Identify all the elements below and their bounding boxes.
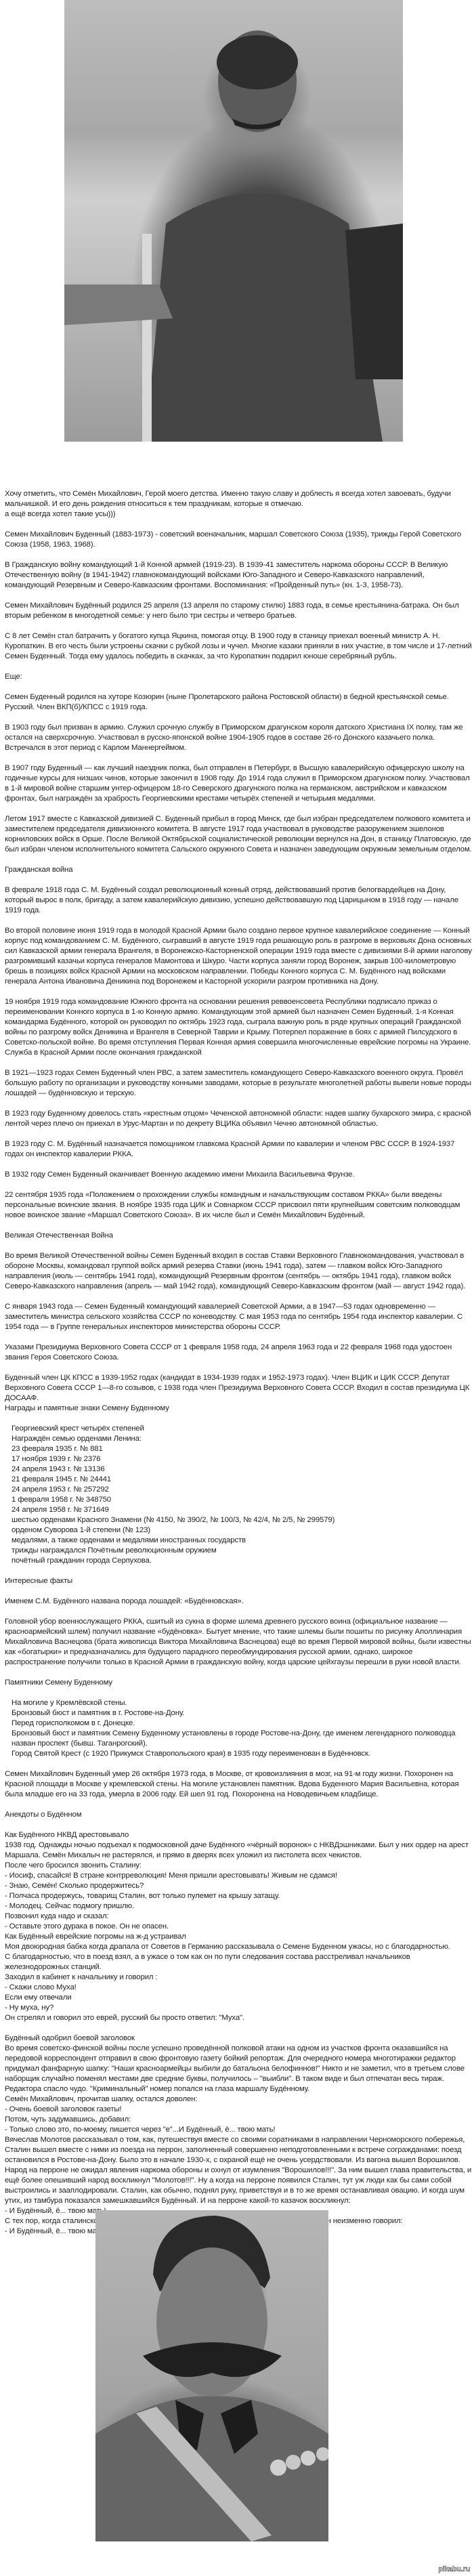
more-paragraph-2: В 1903 году был призван в армию. Служил … (5, 723, 472, 753)
award-item: 17 ноября 1939 г. № 2376 (12, 1454, 472, 1464)
award-item: орденом Суворова 1-й степени (№ 123) (12, 1525, 472, 1536)
anecdotes-heading: Анекдоты о Будённом (5, 1810, 472, 1820)
awards-list: Георгиевский крест четырёх степеней Нагр… (5, 1424, 472, 1566)
anecdote-line: - Иосиф, спасайся! В стране контрреволюц… (5, 1871, 472, 1881)
facts-paragraph-1: Именем С.М. Будённого названа порода лош… (5, 1597, 472, 1607)
summary-paragraph-1: Семен Михайлович Буденный (1883-1973) - … (5, 530, 472, 550)
award-item: 24 апреля 1958 г. № 371649 (12, 1505, 472, 1515)
facts-heading: Интересные факты (5, 1576, 472, 1586)
anecdote-line: - Знаю, Семён! Сколько продержитесь? (5, 1881, 472, 1891)
more-paragraph-4: Летом 1917 вместе с Кавказской дивизией … (5, 814, 472, 855)
anecdote-line: - Полчаса продержусь, товарищ Сталин, во… (5, 1891, 472, 1901)
award-item: Георгиевский крест четырёх степеней (12, 1424, 472, 1434)
anecdote-line: Позвонил куда надо и сказал: (5, 1912, 472, 1922)
awards-heading: Награды и памятные знаки Семену Буденном… (5, 1403, 472, 1414)
top-portrait-photo (64, 0, 403, 442)
summary-paragraph-3: Семен Михайлович Будённый родился 25 апр… (5, 601, 472, 621)
intro-text: Хочу отметить, что Семён Михайлович, Гер… (5, 489, 472, 509)
anecdote-line: - Скажи слово Муха! (5, 1983, 472, 1993)
anecdote-line: 1938 год. Однажды ночью подъехал к подмо… (5, 1840, 472, 1861)
anecdote-line: Семён Михайлович, прочитав шапку, осталс… (5, 2094, 472, 2105)
more-paragraph-1: Семен Буденный родился на хуторе Козюрин… (5, 692, 472, 713)
summary-paragraph-4: С 8 лет Семён стал батрачить у богатого … (5, 631, 472, 662)
red-army-paragraph-2: В 1923 году Буденному довелось стать «кр… (5, 1109, 472, 1129)
summary-paragraph-2: В Гражданскую войну командующий 1-й Конн… (5, 560, 472, 591)
ww2-paragraph-4: Буденный член ЦК КПСС в 1939-1952 годах … (5, 1373, 472, 1403)
site-watermark: pikabu.ru (438, 2565, 470, 2573)
anecdote-title: Как Будённого НКВД арестовывало (5, 1830, 472, 1840)
award-item: 24 апреля 1953 г. № 257292 (12, 1485, 472, 1495)
anecdote-line: Потом, чуть задумавшись, добавил: (5, 2115, 472, 2125)
anecdote-line: Во время советско-финской войны после ус… (5, 2044, 472, 2084)
award-item: 23 февраля 1935 г. № 881 (12, 1444, 472, 1454)
award-item: медалями, а также орденами и медалями ин… (12, 1536, 472, 1546)
award-item: шестью орденами Красного Знамени (№ 4150… (12, 1515, 472, 1525)
red-army-heading: Служба в Красной Армии после окончания г… (5, 1048, 472, 1058)
ww2-heading: Великая Отечественная Война (5, 1231, 472, 1241)
red-army-paragraph-4: В 1932 году Семен Буденный оканчивает Во… (5, 1170, 472, 1180)
civil-war-paragraph-3: 19 ноября 1919 года командование Южного … (5, 997, 472, 1048)
monument-item: Город Святой Крест (с 1920 Прикумск Став… (12, 1749, 472, 1759)
award-item: трижды награждался Почётным революционны… (12, 1546, 472, 1556)
civil-war-heading: Гражданская война (5, 865, 472, 875)
award-item: Награждён семью орденами Ленина: (12, 1434, 472, 1444)
portrait-silhouette-icon (64, 0, 403, 442)
anecdote-line: - Молодец. Сейчас подмогу пришлю. (5, 1901, 472, 1912)
death-paragraph: Семен Михайлович Буденный умер 26 октябр… (5, 1769, 472, 1800)
monument-item: На могиле у Кремлёвской стены. (12, 1698, 472, 1708)
anecdote-line: - Оставьте этого дурака в покое. Он не о… (5, 1922, 472, 1932)
monument-item: Перед горисполкомом в г. Донецке. (12, 1718, 472, 1729)
civil-war-paragraph-1: В феврале 1918 года С. М. Будённый созда… (5, 885, 472, 916)
anecdote-1: Как Будённого НКВД арестовывало 1938 год… (5, 1830, 472, 1932)
more-paragraph-3: В 1907 году Буденный — как лучший наездн… (5, 763, 472, 804)
portrait-silhouette-icon (95, 2210, 328, 2541)
ww2-paragraph-3: Указами Президиума Верховного Совета ССС… (5, 1343, 472, 1363)
article-body: Хочу отметить, что Семён Михайлович, Гер… (5, 489, 472, 2237)
anecdote-3: Будённый одобрил боевой заголовок Во вре… (5, 2033, 472, 2237)
civil-war-paragraph-2: Во второй половине июня 1919 года в моло… (5, 926, 472, 987)
award-item: 1 февраля 1958 г. № 348750 (12, 1495, 472, 1505)
anecdote-line: Заходил в кабинет к начальнику и говорил… (5, 1972, 472, 1983)
monument-item: Бронзовый бюст и памятник в г. Ростове-н… (12, 1708, 472, 1718)
anecdote-line: Вячеслав Молотов рассказывал о том, как,… (5, 2135, 472, 2206)
ww2-paragraph-2: С января 1943 года — Семен Буденный кома… (5, 1302, 472, 1332)
award-item: 24 апреля 1943 г. № 13136 (12, 1464, 472, 1475)
facts-paragraph-2: Головной убор военнослужащего РККА, сшит… (5, 1617, 472, 1668)
anecdote-title: Будённый одобрил боевой заголовок (5, 2033, 472, 2044)
anecdote-line: После чего бросился звонить Сталину: (5, 1861, 472, 1871)
anecdote-2: Как Будённый еврейские погромы на ж-д ус… (5, 1932, 472, 2023)
anecdote-line: Он стрелял и говорил это еврей, русский … (5, 2013, 472, 2023)
award-item: 21 февраля 1945 г. № 24441 (12, 1475, 472, 1485)
anecdote-line: Редактора спасло чудо. "Криминальный" но… (5, 2084, 472, 2094)
anecdote-line: - Очень боевой заголовок газеты! (5, 2105, 472, 2115)
anecdote-line: С благодарностью, что в поезд взял, а в … (5, 1952, 472, 1972)
anecdote-line: - Ну муха, ну? (5, 2003, 472, 2013)
red-army-paragraph-1: В 1921—1923 годах Семен Буденный член РВ… (5, 1068, 472, 1099)
monuments-heading: Памятники Семену Буденному (5, 1678, 472, 1688)
anecdote-title: Как Будённый еврейские погромы на ж-д ус… (5, 1932, 472, 1942)
red-army-paragraph-5: 22 сентября 1935 года «Положением о прох… (5, 1190, 472, 1221)
monuments-list: На могиле у Кремлёвской стены. Бронзовый… (5, 1698, 472, 1759)
red-army-paragraph-3: В 1923 году С. М. Будённый назначается п… (5, 1139, 472, 1160)
award-item: почётный гражданин города Серпухова. (12, 1556, 472, 1566)
bottom-portrait-photo (95, 2210, 328, 2541)
anecdote-line: Если ему отвечали (5, 1993, 472, 2003)
anecdote-line: - Только слово это, по-моему, пишется че… (5, 2125, 472, 2135)
monument-item: Бронзовый бюст и памятник Семену Буденно… (12, 1729, 472, 1749)
anecdote-line: Моя двоюродная бабка когда драпала от Со… (5, 1942, 472, 1952)
more-label: Еще: (5, 672, 472, 682)
intro-moustache-text: а ещё всегда хотел такие усы))) (5, 509, 472, 520)
ww2-paragraph-1: Во время Великой Отечественной войны Сем… (5, 1251, 472, 1292)
